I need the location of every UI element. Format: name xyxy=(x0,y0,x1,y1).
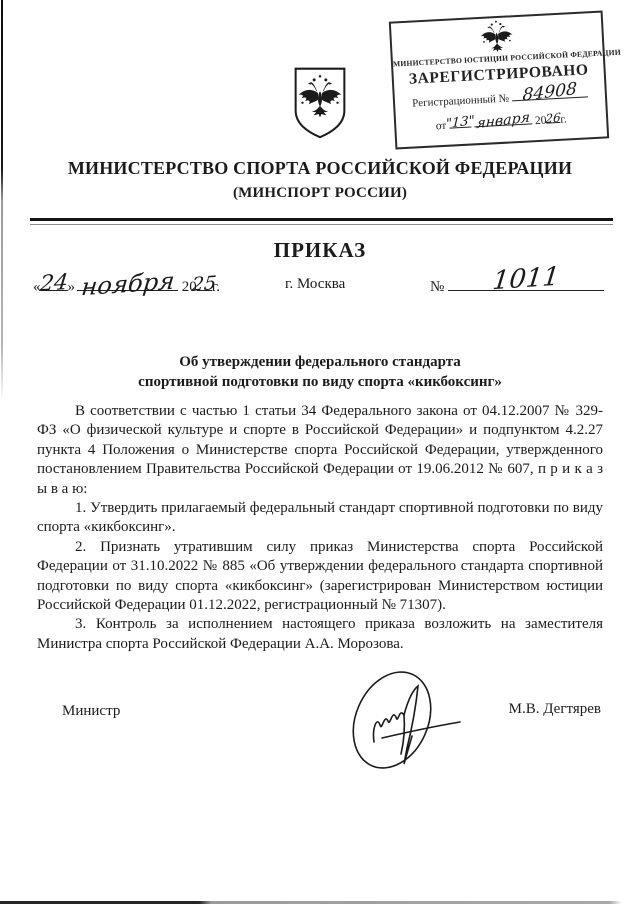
stamp-date-month-handwritten: января xyxy=(476,110,530,133)
date-year-blank: 25 xyxy=(197,276,212,291)
date-day-blank: 24 xyxy=(41,276,68,291)
ministry-short-name: (МИНСПОРТ РОССИИ) xyxy=(0,185,640,202)
stamp-date-year-handwritten: 26 xyxy=(545,110,561,126)
stamp-date-suffix: г. xyxy=(560,114,567,126)
header-divider-thick xyxy=(30,218,613,221)
number-label: № xyxy=(430,279,444,295)
order-title-line2: спортивной подготовки по виду спорта «ки… xyxy=(0,372,640,392)
ministry-name: МИНИСТЕРСТВО СПОРТА РОССИЙСКОЙ ФЕДЕРАЦИИ xyxy=(0,158,640,179)
stamp-eagle-icon xyxy=(478,19,516,54)
order-title-line1: Об утверждении федерального стандарта xyxy=(0,352,640,372)
stamp-date-year-blank: 26 xyxy=(546,110,561,124)
document-number: №1011 xyxy=(430,276,604,296)
stamp-date-month-blank: января xyxy=(474,111,533,127)
date-month-blank: ноября xyxy=(77,276,178,291)
order-title: Об утверждении федерального стандарта сп… xyxy=(0,352,640,392)
body-paragraph-preamble: В соответствии с частью 1 статьи 34 Феде… xyxy=(37,402,603,499)
stamp-date-line: от "13" января 2026г. xyxy=(396,107,607,134)
signer-position: Министр xyxy=(62,703,120,720)
document-date: «24»ноября 2025г. xyxy=(33,276,220,296)
document-page: МИНИСТЕРСТВО ЮСТИЦИИ РОССИЙСКОЙ ФЕДЕРАЦИ… xyxy=(0,0,640,905)
date-month-handwritten: ноября xyxy=(80,267,176,301)
date-close-quote: » xyxy=(68,279,76,295)
date-day-handwritten: 24 xyxy=(39,270,70,297)
scan-artifact-bottom-line xyxy=(0,901,622,904)
stamp-reg-label: Регистрационный № xyxy=(412,93,510,110)
registration-stamp: МИНИСТЕРСТВО ЮСТИЦИИ РОССИЙСКОЙ ФЕДЕРАЦИ… xyxy=(389,10,609,149)
document-header: МИНИСТЕРСТВО СПОРТА РОССИЙСКОЙ ФЕДЕРАЦИИ… xyxy=(0,158,640,202)
minister-signature-icon xyxy=(334,666,466,774)
stamp-reg-number-handwritten: 84908 xyxy=(522,79,577,106)
body-paragraph-item-1: 1. Утвердить прилагаемый федеральный ста… xyxy=(37,499,603,538)
order-body: В соответствии с частью 1 статьи 34 Феде… xyxy=(37,402,603,654)
state-emblem-icon xyxy=(291,66,349,141)
body-paragraph-item-2: 2. Признать утратившим силу приказ Минис… xyxy=(37,538,603,616)
number-handwritten: 1011 xyxy=(491,262,561,297)
stamp-reg-number-blank: 84908 xyxy=(511,84,588,101)
number-blank: 1011 xyxy=(448,276,604,291)
document-type-title: ПРИКАЗ xyxy=(0,238,640,263)
document-city: г. Москва xyxy=(285,276,345,293)
date-year-handwritten: 25 xyxy=(191,272,218,296)
signer-name: М.В. Дегтярев xyxy=(509,701,601,718)
body-paragraph-item-3: 3. Контроль за исполнением настоящего пр… xyxy=(37,615,603,654)
header-divider-thin xyxy=(30,224,613,225)
stamp-date-day-blank: "13" xyxy=(449,115,472,129)
stamp-date-day-handwritten: "13" xyxy=(445,113,474,132)
